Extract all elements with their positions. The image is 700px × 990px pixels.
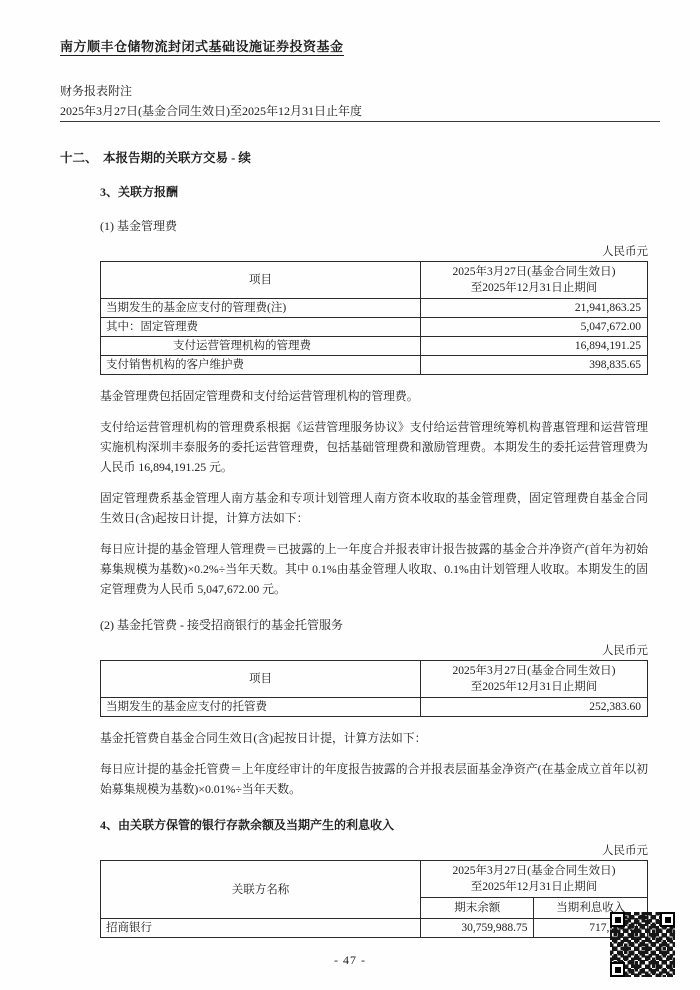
item2-heading: (2) 基金托管费 - 接受招商银行的基金托管服务 [100,616,648,633]
subsection-3-heading: 3、关联方报酬 [100,183,648,200]
section-body: 3、关联方报酬 (1) 基金管理费 人民币元 项目 2025年3月27日(基金合… [100,183,648,938]
management-fee-table: 项目 2025年3月27日(基金合同生效日) 至2025年12月31日止期间 当… [100,261,648,375]
row-label: 支付销售机构的客户维护费 [101,356,421,375]
col-period-header: 2025年3月27日(基金合同生效日) 至2025年12月31日止期间 [420,262,647,299]
report-period-text: 2025年3月27日(基金合同生效日)至2025年12月31日止年度 [60,104,362,118]
table-row: 支付销售机构的客户维护费 398,835.65 [101,356,648,375]
row-label: 当期发生的基金应支付的托管费 [101,698,421,717]
period-line-2: 至2025年12月31日止期间 [425,280,643,296]
row-value: 252,383.60 [420,698,647,717]
row-value: 21,941,863.25 [420,299,647,318]
currency-label-1: 人民币元 [100,243,648,259]
fund-name: 南方顺丰仓储物流封闭式基础设施证券投资基金 [60,39,344,56]
period-line-1: 2025年3月27日(基金合同生效日) [425,863,643,879]
table-row: 其中：固定管理费 5,047,672.00 [101,318,648,337]
col-end-balance-header: 期末余额 [420,898,534,919]
period-line-1: 2025年3月27日(基金合同生效日) [425,264,643,280]
table-header-row: 项目 2025年3月27日(基金合同生效日) 至2025年12月31日止期间 [101,661,648,698]
currency-label-3: 人民币元 [100,842,648,858]
para-custody-fee-intro: 基金托管费自基金合同生效日(含)起按日计提，计算方法如下： [100,728,648,748]
para-fixed-fee-formula: 每日应计提的基金管理人管理费＝已披露的上一年度合并报表审计报告披露的基金合并净资… [100,539,648,599]
row-label: 其中：固定管理费 [101,318,421,337]
table-row: 招商银行 30,759,988.75 717,537.20 [101,919,648,938]
section-heading: 十二、 本报告期的关联方交易 - 续 [60,148,648,166]
custody-fee-table: 项目 2025年3月27日(基金合同生效日) 至2025年12月31日止期间 当… [100,660,648,717]
col-item-header: 项目 [101,661,421,698]
qr-finder [660,912,675,927]
row-value: 16,894,191.25 [420,337,647,356]
row-end-balance: 30,759,988.75 [420,919,534,938]
item1-heading: (1) 基金管理费 [100,217,648,234]
related-party-deposit-table: 关联方名称 2025年3月27日(基金合同生效日) 至2025年12月31日止期… [100,860,648,938]
row-label: 支付运营管理机构的管理费 [101,337,421,356]
report-period: 2025年3月27日(基金合同生效日)至2025年12月31日止年度 [60,102,660,122]
row-label: 招商银行 [101,919,421,938]
para-fixed-fee-intro: 固定管理费系基金管理人南方基金和专项计划管理人南方资本收取的基金管理费，固定管理… [100,488,648,528]
section-number: 十二、 [60,148,103,166]
table-header-row: 关联方名称 2025年3月27日(基金合同生效日) 至2025年12月31日止期… [101,861,648,898]
period-line-2: 至2025年12月31日止期间 [425,879,643,895]
fund-name-line: 南方顺丰仓储物流封闭式基础设施证券投资基金 [60,36,660,55]
subsection-4-heading: 4、由关联方保管的银行存款余额及当期产生的利息收入 [100,816,648,833]
col-period-header: 2025年3月27日(基金合同生效日) 至2025年12月31日止期间 [420,861,647,898]
table-header-row: 项目 2025年3月27日(基金合同生效日) 至2025年12月31日止期间 [101,262,648,299]
period-line-1: 2025年3月27日(基金合同生效日) [425,663,643,679]
col-party-header: 关联方名称 [101,861,421,919]
para-custody-fee-formula: 每日应计提的基金托管费＝上年度经审计的年度报告披露的合并报表层面基金净资产(在基… [100,759,648,799]
col-period-header: 2025年3月27日(基金合同生效日) 至2025年12月31日止期间 [420,661,647,698]
col-item-header: 项目 [101,262,421,299]
table-row: 当期发生的基金应支付的管理费(注) 21,941,863.25 [101,299,648,318]
document-header: 南方顺丰仓储物流封闭式基础设施证券投资基金 财务报表附注 2025年3月27日(… [0,0,700,122]
row-value: 5,047,672.00 [420,318,647,337]
qr-finder [610,962,625,977]
qr-code [610,912,675,977]
currency-label-2: 人民币元 [100,642,648,658]
period-line-2: 至2025年12月31日止期间 [425,679,643,695]
table-row: 支付运营管理机构的管理费 16,894,191.25 [101,337,648,356]
row-value: 398,835.65 [420,356,647,375]
qr-finder [610,912,625,927]
para-operating-fee: 支付给运营管理机构的管理费系根据《运营管理服务协议》支付给运营管理统筹机构普惠管… [100,417,648,477]
para-management-fee-scope: 基金管理费包括固定管理费和支付给运营管理机构的管理费。 [100,386,648,406]
page-number: - 47 - [0,953,700,968]
document-page: 南方顺丰仓储物流封闭式基础设施证券投资基金 财务报表附注 2025年3月27日(… [0,0,700,990]
table-row: 当期发生的基金应支付的托管费 252,383.60 [101,698,648,717]
report-subtitle: 财务报表附注 [60,82,660,99]
section-title: 本报告期的关联方交易 - 续 [103,148,251,166]
row-label: 当期发生的基金应支付的管理费(注) [101,299,421,318]
